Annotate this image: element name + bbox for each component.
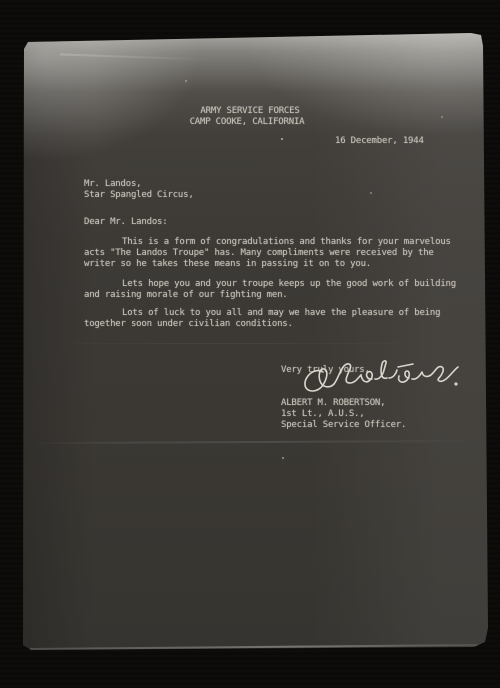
dust-speck [370, 192, 372, 194]
handwritten-signature [299, 360, 461, 400]
dust-speck [281, 138, 283, 140]
letterhead-line2: CAMP COOKE, CALIFORNIA [147, 117, 347, 128]
salutation: Dear Mr. Landos: [84, 217, 168, 228]
body-line: and raising morale of our fighting men. [84, 290, 288, 301]
letter-photo: ARMY SERVICE FORCES CAMP COOKE, CALIFORN… [0, 0, 500, 688]
body-line: writer so he takes these means in passin… [84, 259, 371, 270]
body-line: This is a form of congradulations and th… [122, 237, 451, 248]
date-line: 16 December, 1944 [335, 136, 424, 147]
body-line: acts "The Landos Troupe" has. Many compl… [84, 248, 434, 259]
paper-crease [30, 440, 482, 444]
signer-name: ALBERT M. ROBERTSON, [281, 398, 385, 409]
photo-bottom-edge-highlight [30, 644, 478, 649]
address-line: Mr. Landos, [84, 179, 141, 190]
letterhead-line1: ARMY SERVICE FORCES [150, 106, 350, 117]
dust-speck [185, 80, 187, 82]
dust-speck [441, 116, 443, 118]
body-line: Lets hope you and your troupe keeps up t… [122, 279, 456, 290]
signer-title: Special Service Officer. [281, 420, 406, 431]
paper-crease [40, 343, 460, 344]
paper-crease [60, 53, 210, 60]
address-line: Star Spangled Circus, [84, 190, 194, 201]
body-line: together soon under civilian conditions. [84, 319, 293, 330]
dust-speck [282, 457, 284, 459]
signer-rank: 1st Lt., A.U.S., [281, 409, 365, 420]
body-line: Lots of luck to you all and may we have … [122, 308, 440, 319]
